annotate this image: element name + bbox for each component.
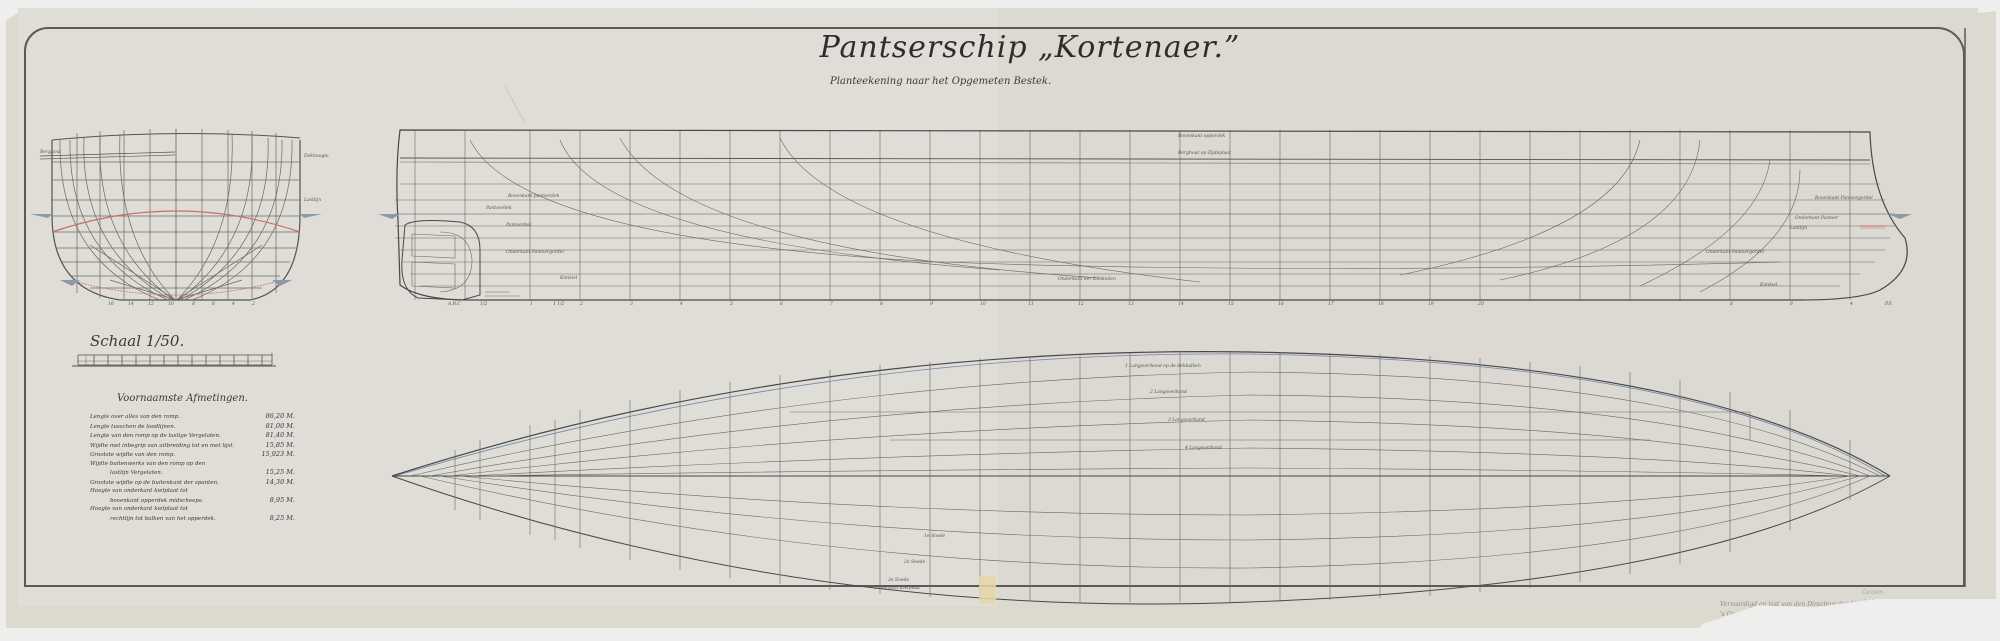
profile-annotation: Bovenkant pantserdek: [508, 194, 559, 199]
station-number: 4: [232, 302, 235, 307]
station-number: 17: [1328, 302, 1334, 307]
station-number: 16: [1278, 302, 1284, 307]
station-number: 9: [930, 302, 933, 307]
dimension-row: Hoogte van onderkant kielplaat tot: [90, 487, 295, 496]
waterline-marker-icon: [300, 214, 322, 218]
station-number: A.B.C: [448, 302, 461, 307]
profile-annotation: Kimkiel: [1760, 283, 1777, 288]
station-number: 2: [252, 302, 255, 307]
dimension-value: 15,923 M.: [261, 450, 295, 459]
waterline-marker-icon: [30, 214, 52, 218]
dimension-label: Lengte over alles van den romp.: [90, 413, 180, 422]
waterline-marker-icon: [378, 214, 400, 219]
dimension-label: Lengte van den romp op de lastige Vergel…: [90, 432, 221, 441]
dimension-value: 86,20 M.: [266, 412, 295, 421]
dimension-value: 15,25 M.: [266, 468, 295, 477]
dimension-label: Grootste wijdte van den romp.: [90, 451, 175, 460]
body-plan-label: Berghout: [40, 150, 61, 155]
dimension-value: 8,25 M.: [270, 514, 295, 523]
dimension-row: bovenkant opperdek midscheeps.8,95 M.: [90, 496, 295, 506]
station-number: 1/2: [480, 302, 487, 307]
body-plan-label: Lastlijn: [304, 198, 321, 203]
plan-annotation: Onderkant Kielplaat: [874, 586, 920, 591]
station-number: 13: [1128, 302, 1134, 307]
stamp-line: Gezien: [1862, 588, 1920, 598]
dimension-row: Hoogte van onderkant kielplaat tot: [90, 505, 295, 514]
tape-mark: [979, 576, 996, 604]
dimension-value: 14,30 M.: [266, 478, 295, 487]
dimension-label: Lengte tusschen de loodlijnen.: [90, 423, 176, 432]
plan-annotation: 3 Langsverband: [1168, 418, 1205, 423]
plan-annotation: 3e Snede: [888, 578, 909, 583]
dimension-value: 81,40 M.: [266, 431, 295, 440]
station-number: 20: [1478, 302, 1484, 307]
body-plan: [40, 129, 300, 300]
station-number: 4: [680, 302, 683, 307]
dimension-row: rechtlijn tot balken van het opperdek.8,…: [90, 514, 295, 524]
station-number: 7: [830, 302, 833, 307]
profile-annotation: Onderkant der Kimkielen: [1058, 277, 1116, 282]
dimension-row: Wijdte met inbegrip van uitbreiding tot …: [90, 441, 295, 451]
station-number: 14: [128, 302, 134, 307]
station-number: 16: [108, 302, 114, 307]
station-number: 14: [1178, 302, 1184, 307]
scale-bar: [72, 353, 276, 366]
station-number: 1 1/2: [553, 302, 565, 307]
station-number: 18: [1378, 302, 1384, 307]
profile-annotation: Berghout op Zijdeplaat: [1178, 151, 1231, 156]
dimension-label: Wijdte met inbegrip van uitbreiding tot …: [90, 442, 234, 451]
dimension-row: Grootste wijdte op de buitenkant der spa…: [90, 478, 295, 488]
dimension-value: 15,85 M.: [266, 441, 295, 450]
station-number: 5: [730, 302, 733, 307]
station-number: 8: [880, 302, 883, 307]
station-number: 11: [1028, 302, 1034, 307]
station-number: 10: [980, 302, 986, 307]
body-plan-label: Dekhoogte: [304, 154, 329, 159]
plan-annotation: 1e Snede: [924, 534, 945, 539]
station-number: 19: [1428, 302, 1434, 307]
dimensions-title: Voornaamste Afmetingen.: [117, 393, 248, 404]
profile-annotation: Onderkant Pantser: [1795, 216, 1838, 221]
dimension-label: lastlijn Vergelaten.: [90, 469, 163, 478]
dimension-value: 81,00 M.: [266, 422, 295, 431]
station-number: 8: [1730, 302, 1733, 307]
profile-annotation: Kimkiel: [560, 276, 577, 281]
plan-annotation: 1 Langsverband op de dekbalken: [1125, 364, 1201, 369]
station-number: 15: [1228, 302, 1234, 307]
station-number: 2: [580, 302, 583, 307]
profile-annotation: Bovenkant Pantsergordel: [1815, 196, 1873, 201]
dimension-label: Hoogte van onderkant kielplaat tot: [90, 487, 188, 496]
dimension-label: Grootste wijdte op de buitenkant der spa…: [90, 479, 219, 488]
profile-annotation: Pantserdek: [486, 206, 512, 211]
station-number: 3: [630, 302, 633, 307]
dimension-row: lastlijn Vergelaten.15,25 M.: [90, 468, 295, 478]
plan-view: [392, 352, 1890, 604]
profile-view: [395, 130, 1907, 300]
profile-annotation: Onderkant Pantsergordel: [506, 250, 564, 255]
scale-title: Schaal 1/50.: [90, 332, 184, 350]
profile-annotation: Lastlijn: [1790, 226, 1807, 231]
dimension-row: Lengte tusschen de loodlijnen.81,00 M.: [90, 422, 295, 432]
profile-annotation: Pantserdek: [506, 223, 532, 228]
station-number: 12: [1078, 302, 1084, 307]
plan-annotation: 2e Snede: [904, 560, 925, 565]
dimension-row: Grootste wijdte van den romp.15,923 M.: [90, 450, 295, 460]
station-number: 8: [192, 302, 195, 307]
station-number: 10: [168, 302, 174, 307]
dimension-label: Hoogte van onderkant kielplaat tot: [90, 505, 188, 514]
station-number: 6: [1790, 302, 1793, 307]
dimension-value: 8,95 M.: [270, 496, 295, 505]
dimensions-table: Lengte over alles van den romp.86,20 M. …: [90, 412, 295, 523]
plan-annotation: 4 Langsverband: [1185, 446, 1222, 451]
lines-plan-drawing: [0, 0, 2000, 641]
station-number: 6: [212, 302, 215, 307]
plan-annotation: 2 Langsverband: [1150, 390, 1187, 395]
station-number: 6: [780, 302, 783, 307]
dimension-label: bovenkant opperdek midscheeps.: [90, 497, 203, 506]
dimension-label: Wijdte buitenwerks van den romp op den: [90, 460, 205, 469]
profile-annotation: Onderkant Pantsergordel: [1706, 250, 1764, 255]
station-number: 1: [530, 302, 533, 307]
dimension-label: rechtlijn tot balken van het opperdek.: [90, 515, 216, 524]
dimension-row: Wijdte buitenwerks van den romp op den: [90, 460, 295, 469]
dimension-row: Lengte over alles van den romp.86,20 M.: [90, 412, 295, 422]
station-number: P.P.: [1885, 302, 1892, 307]
dimension-row: Lengte van den romp op de lastige Vergel…: [90, 431, 295, 441]
profile-annotation: Bovenkant opperdek: [1178, 134, 1225, 139]
station-number: 4: [1850, 302, 1853, 307]
station-number: 12: [148, 302, 154, 307]
